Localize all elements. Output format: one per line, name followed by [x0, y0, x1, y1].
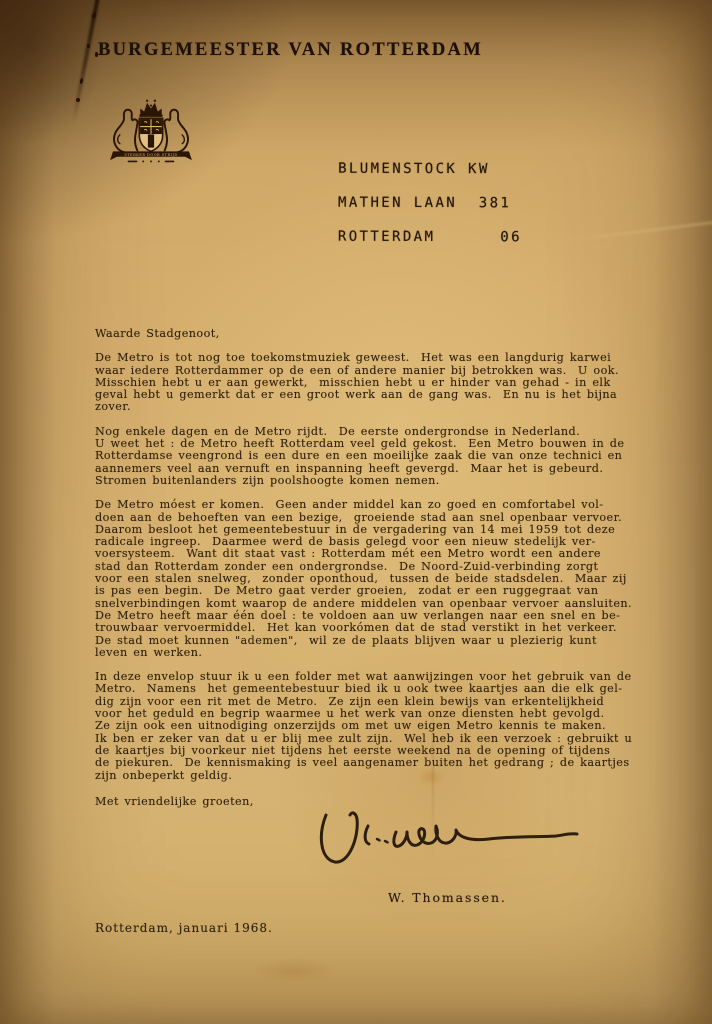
- paragraph-2: Nog enkele dagen en de Metro rijdt. De e…: [95, 426, 640, 487]
- letter-line: De Metro móest er komen. Geen ander midd…: [95, 499, 640, 511]
- letter-line: is pas een begin. De Metro gaat verder g…: [95, 585, 640, 597]
- dateline: Rotterdam, januari 1968.: [95, 921, 273, 935]
- letter-line: MATHEN LAAN 381: [338, 186, 522, 221]
- letter-line: De stad moet kunnen "ademen", wil ze de …: [95, 635, 640, 647]
- recipient-address-block: BLUMENSTOCK KWMATHEN LAAN 381ROTTERDAM 0…: [338, 152, 522, 255]
- signature-scrawl: [293, 803, 593, 895]
- salutation: Waarde Stadgenoot,: [95, 328, 640, 340]
- scanned-letter-page: BURGEMEESTER VAN ROTTERDAM: [0, 0, 712, 1024]
- letterhead-title: BURGEMEESTER VAN ROTTERDAM: [98, 40, 483, 61]
- letter-line: geval hebt u gemerkt dat er een groot we…: [95, 389, 640, 401]
- ink-speck: [76, 98, 80, 102]
- letter-line: Ze zijn ook een uitnodiging onzerzijds o…: [95, 720, 640, 732]
- letter-line: doen aan de behoeften van een bezige, gr…: [95, 512, 640, 524]
- paper-stain: [250, 958, 340, 984]
- letter-line: de piekuren. De kennismaking is veel aan…: [95, 757, 640, 769]
- paragraph-4: In deze envelop stuur ik u een folder me…: [95, 671, 640, 782]
- letter-line: voersysteem. Want dit staat vast : Rotte…: [95, 548, 640, 560]
- letter-line: Stromen buitenlanders zijn poolshoogte k…: [95, 475, 640, 487]
- letter-line: ROTTERDAM 06: [338, 220, 522, 255]
- letter-line: Metro. Namens het gemeentebestuur bied i…: [95, 683, 640, 695]
- paragraph-1: De Metro is tot nog toe toekomstmuziek g…: [95, 352, 640, 413]
- ink-speck: [87, 44, 90, 48]
- letter-line: trouwbaar vervoermiddel. Het kan voorkóm…: [95, 622, 640, 634]
- rotterdam-coat-of-arms-icon: STERKER DOOR STRIJD: [102, 92, 200, 166]
- signature-name: W. Thomassen.: [388, 890, 507, 905]
- motto-text: STERKER DOOR STRIJD: [124, 153, 177, 157]
- letter-line: De Metro is tot nog toe toekomstmuziek g…: [95, 352, 640, 364]
- paragraph-3: De Metro móest er komen. Geen ander midd…: [95, 499, 640, 659]
- letter-line: zover.: [95, 401, 640, 413]
- letter-body: Waarde Stadgenoot, De Metro is tot nog t…: [95, 328, 640, 808]
- letter-line: leven en werken.: [95, 647, 640, 659]
- paper-fold-line: [560, 220, 712, 242]
- letter-line: Rotterdamse veengrond is een dure en een…: [95, 450, 640, 462]
- letter-line: BLUMENSTOCK KW: [338, 152, 522, 187]
- letter-line: zijn onbeperkt geldig.: [95, 770, 640, 782]
